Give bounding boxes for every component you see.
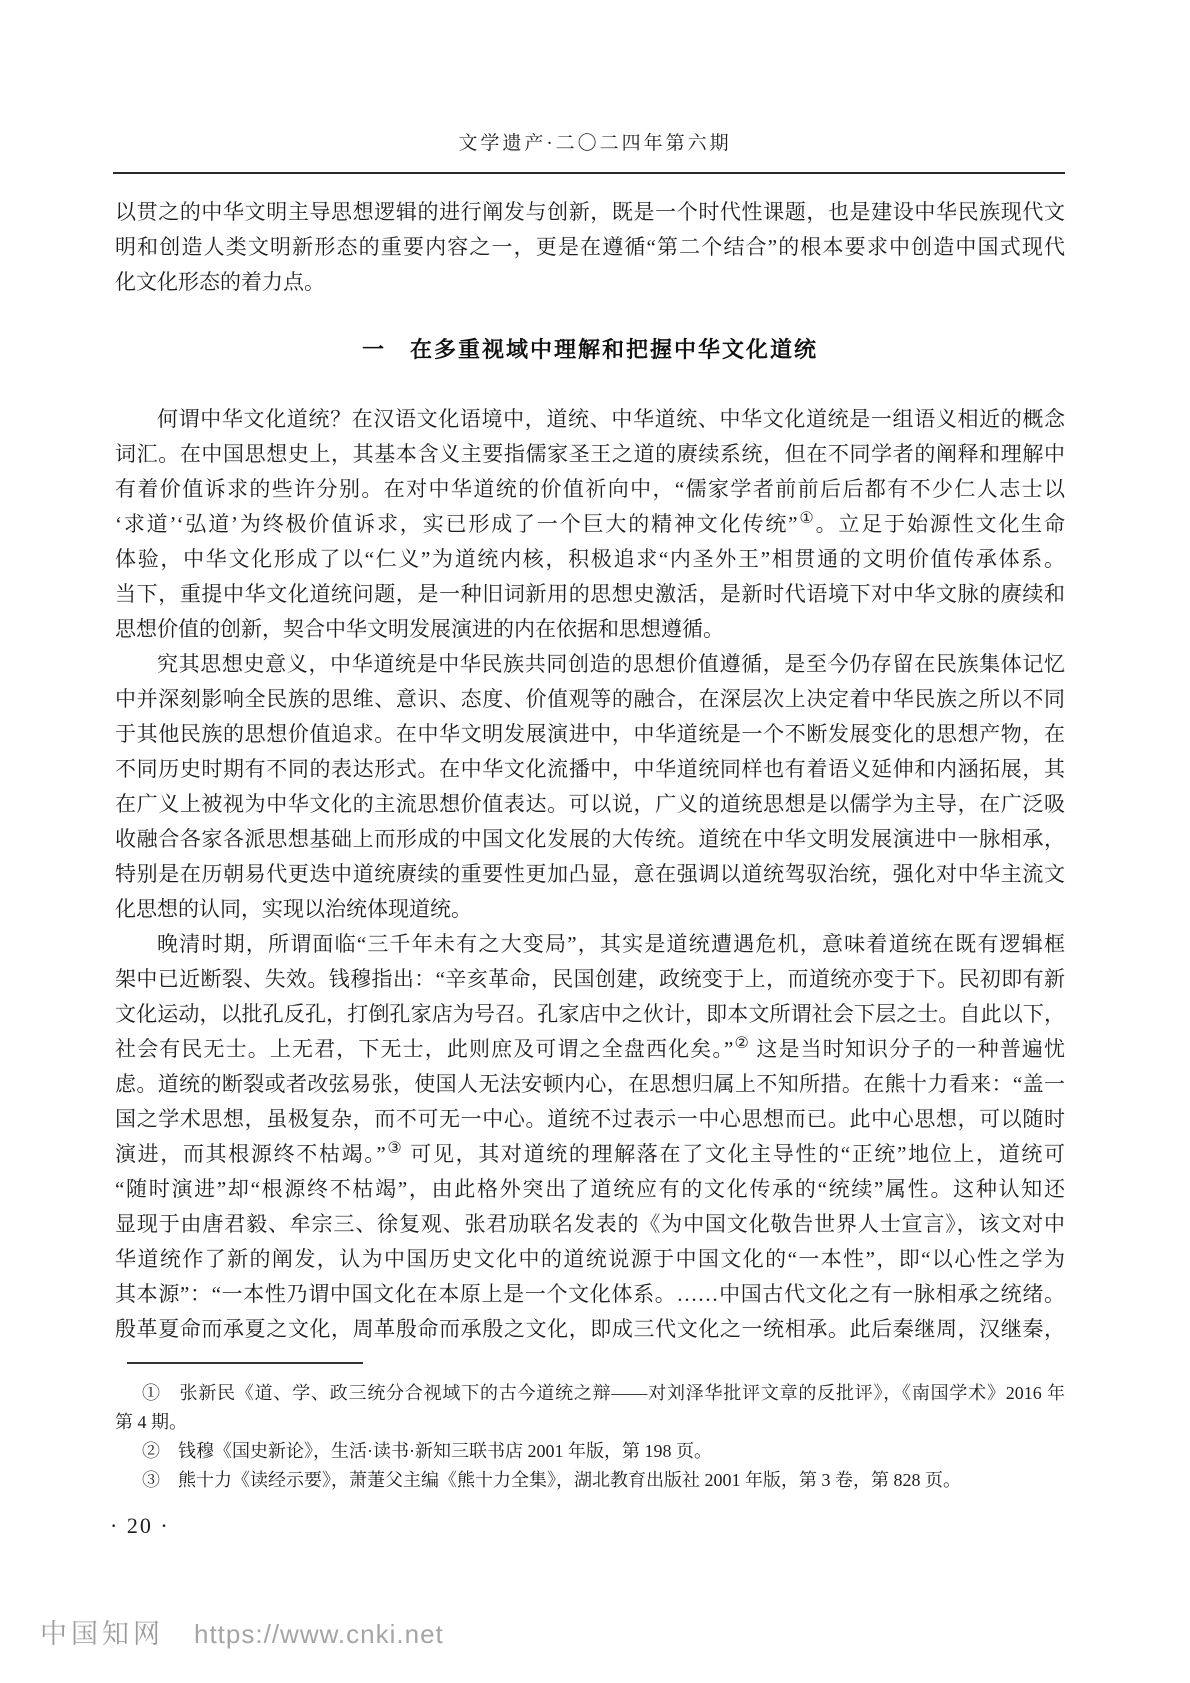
footnote-line: ② 钱穆《国史新论》，生活·读书·新知三联书店 2001 年版，第 198 页。 — [115, 1437, 1065, 1466]
paragraphs-container: 何谓中华文化道统？在汉语文化语境中，道统、中华道统、中华文化道统是一组语义相近的… — [115, 402, 1065, 1347]
journal-header: 文学遗产·二〇二四年第六期 — [0, 128, 1190, 155]
body-text-line: 显现于由唐君毅、牟宗三、徐复观、张君劢联名发表的《为中国文化敬告世界人士宣言》，… — [115, 1207, 1065, 1242]
body-text-line: 社会有民无士。上无君，下无士，此则庶及可谓之全盘西化矣。”② 这是当时知识分子的… — [115, 1032, 1065, 1067]
header-rule — [113, 172, 1065, 174]
body-text-line: 明和创造人类文明新形态的重要内容之一，更是在遵循“第二个结合”的根本要求中创造中… — [115, 230, 1065, 265]
footnote-ref: ① — [798, 510, 816, 527]
body-text-line: 当下，重提中华文化道统问题，是一种旧词新用的思想史激活，是新时代语境下对中华文脉… — [115, 577, 1065, 612]
body-text-line: 以贯之的中华文明主导思想逻辑的进行阐发与创新，既是一个时代性课题，也是建设中华民… — [115, 195, 1065, 230]
article-body: 以贯之的中华文明主导思想逻辑的进行阐发与创新，既是一个时代性课题，也是建设中华民… — [115, 195, 1065, 1347]
body-text-line: 词汇。在中国思想史上，其基本含义主要指儒家圣王之道的赓续系统，但在不同学者的阐释… — [115, 437, 1065, 472]
body-text-line: 演进，而其根源终不枯竭。”③ 可见，其对道统的理解落在了文化主导性的“正统”地位… — [115, 1137, 1065, 1172]
footnote-ref: ③ — [386, 1140, 404, 1157]
footnote-separator — [127, 1362, 363, 1364]
body-text-line: 思想价值的创新，契合中华文明发展演进的内在依据和思想遵循。 — [115, 612, 1065, 647]
body-text-line: 收融合各家各派思想基础上而形成的中国文化发展的大传统。道统在中华文明发展演进中一… — [115, 822, 1065, 857]
body-text-line: 化思想的认同，实现以治统体现道统。 — [115, 892, 1065, 927]
cnki-watermark: 中国知网 https://www.cnki.net — [40, 1612, 444, 1651]
body-text-line: 文化运动，以批孔反孔，打倒孔家店为号召。孔家店中之伙计，即本文所谓社会下层之士。… — [115, 997, 1065, 1032]
body-text-line: 有着价值诉求的些许分别。在对中华道统的价值祈向中，“儒家学者前前后后都有不少仁人… — [115, 472, 1065, 507]
cnki-url: https://www.cnki.net — [194, 1619, 444, 1650]
body-text-line: 国之学术思想，虽极复杂，而不可无一中心。道统不过表示一中心思想而已。此中心思想，… — [115, 1102, 1065, 1137]
body-text-line: 特别是在历朝易代更迭中道统赓续的重要性更加凸显，意在强调以道统驾驭治统，强化对中… — [115, 857, 1065, 892]
footnote-ref: ② — [733, 1035, 750, 1052]
body-text-line: 架中已近断裂、失效。钱穆指出：“辛亥革命，民国创建，政统变于上，而道统亦变于下。… — [115, 962, 1065, 997]
paragraph-continuation: 以贯之的中华文明主导思想逻辑的进行阐发与创新，既是一个时代性课题，也是建设中华民… — [115, 195, 1065, 300]
footnotes: ① 张新民《道、学、政三统分合视域下的古今道统之辩——对刘泽华批评文章的反批评》… — [115, 1379, 1065, 1495]
body-text-line: 究其思想史意义，中华道统是中华民族共同创造的思想价值遵循，是至今仍存留在民族集体… — [115, 647, 1065, 682]
body-text-line: ‘求道’‘弘道’为终极价值诉求，实已形成了一个巨大的精神文化传统”①。立足于始源… — [115, 507, 1065, 542]
body-text-line: 虑。道统的断裂或者改弦易张，使国人无法安顿内心，在思想归属上不知所措。在熊十力看… — [115, 1067, 1065, 1102]
body-text-line: 体验，中华文化形成了以“仁义”为道统内核，积极追求“内圣外王”相贯通的文明价值传… — [115, 542, 1065, 577]
footnote-line: ① 张新民《道、学、政三统分合视域下的古今道统之辩——对刘泽华批评文章的反批评》… — [115, 1379, 1065, 1408]
body-text-line: 晚清时期，所谓面临“三千年未有之大变局”，其实是道统遭遇危机，意味着道统在既有逻… — [115, 927, 1065, 962]
body-text-line: 中并深刻影响全民族的思维、意识、态度、价值观等的融合，在深层次上决定着中华民族之… — [115, 682, 1065, 717]
body-text-line: 何谓中华文化道统？在汉语文化语境中，道统、中华道统、中华文化道统是一组语义相近的… — [115, 402, 1065, 437]
body-text-line: 华道统作了新的阐发，认为中国历史文化中的道统说源于中国文化的“一本性”，即“以心… — [115, 1242, 1065, 1277]
body-text-line: 于其他民族的思想价值追求。在中华文明发展演进中，中华道统是一个不断发展变化的思想… — [115, 717, 1065, 752]
footnote-line: 第 4 期。 — [115, 1408, 1065, 1437]
body-text-line: 不同历史时期有不同的表达形式。在中华文化流播中，中华道统同样也有着语义延伸和内涵… — [115, 752, 1065, 787]
body-text-line: 其本源”：“一本性乃谓中国文化在本原上是一个文化体系。……中国古代文化之有一脉相… — [115, 1277, 1065, 1312]
page-number: · 20 · — [110, 1513, 170, 1539]
body-text-line: 在广义上被视为中华文化的主流思想价值表达。可以说，广义的道统思想是以儒学为主导，… — [115, 787, 1065, 822]
cnki-logo-text: 中国知网 — [40, 1612, 164, 1651]
body-text-line: “随时演进”却“根源终不枯竭”，由此格外突出了道统应有的文化传承的“统续”属性。… — [115, 1172, 1065, 1207]
journal-page: 文学遗产·二〇二四年第六期 以贯之的中华文明主导思想逻辑的进行阐发与创新，既是一… — [0, 0, 1190, 1683]
section-heading: 一 在多重视域中理解和把握中华文化道统 — [115, 330, 1065, 370]
footnote-line: ③ 熊十力《读经示要》，萧萐父主编《熊十力全集》，湖北教育出版社 2001 年版… — [115, 1466, 1065, 1495]
body-text-line: 殷革夏命而承夏之文化，周革殷命而承殷之文化，即成三代文化之一统相承。此后秦继周，… — [115, 1312, 1065, 1347]
body-text-line: 化文化形态的着力点。 — [115, 265, 1065, 300]
